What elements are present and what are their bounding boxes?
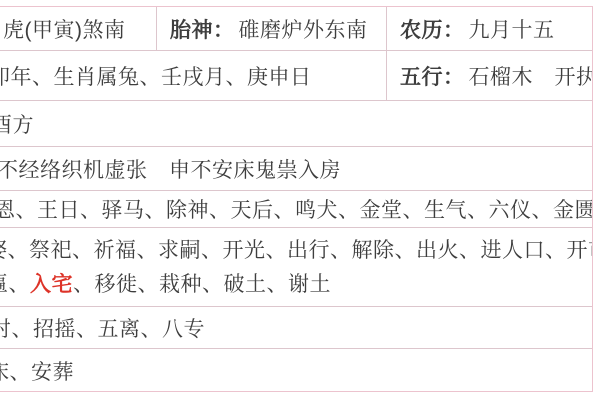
- nongli-value: 九月十五: [469, 14, 555, 44]
- wuxing-cell: 五行： 石榴木 开执位: [386, 51, 592, 100]
- ganzhi-cell: 卯年、生肖属兔、壬戌月、庚申日: [0, 51, 386, 100]
- row-auspicious-gods: 恩、王日、驿马、除神、天后、鸣犬、金堂、生气、六仪、金匮: [0, 191, 592, 228]
- nongli-label: 农历：: [400, 14, 465, 44]
- suitable-list-line1: 娶、祭祀、祈福、求嗣、开光、出行、解除、出火、进人口、开市: [0, 234, 592, 268]
- row-suitable-activities: 娶、祭祀、祈福、求嗣、开光、出行、解除、出火、进人口、开市 匾、入宅、移徙、栽种…: [0, 228, 592, 307]
- wuxing-value: 石榴木 开执位: [469, 61, 593, 91]
- almanac-table: 虎(甲寅)煞南 胎神： 碓磨炉外东南 农历： 九月十五 卯年、生肖属兔、壬戌月、…: [0, 6, 593, 392]
- yi-highlight-ruzhai: 入宅: [30, 273, 73, 296]
- row-direction: 酉方: [0, 101, 592, 147]
- wuxing-label: 五行：: [400, 61, 465, 91]
- row-avoid-activities: 床、安葬: [0, 349, 592, 393]
- yi-line1-text: 娶、祭祀、祈福、求嗣、开光、出行、解除、出火、进人口、开市: [0, 239, 592, 262]
- direction-text: 酉方: [0, 109, 34, 139]
- xiongshen-text: 对、招摇、五离、八专: [0, 313, 205, 343]
- row-pengzu-taboo: 不经络织机虚张 申不安床鬼祟入房: [0, 147, 592, 191]
- yi-line2-prefix: 匾、: [0, 273, 30, 296]
- chongsha-text: 虎(甲寅)煞南: [3, 14, 126, 44]
- taishen-value: 碓磨炉外东南: [239, 14, 368, 44]
- row-chongsha-taishen-nongli: 虎(甲寅)煞南 胎神： 碓磨炉外东南 农历： 九月十五: [0, 7, 592, 51]
- ganzhi-text: 卯年、生肖属兔、壬戌月、庚申日: [0, 61, 312, 91]
- row-ganzhi-wuxing: 卯年、生肖属兔、壬戌月、庚申日 五行： 石榴木 开执位: [0, 51, 592, 101]
- taishen-cell: 胎神： 碓磨炉外东南: [156, 7, 386, 50]
- row-inauspicious-gods: 对、招摇、五离、八专: [0, 307, 592, 349]
- yi-line2-rest: 、移徙、栽种、破土、谢土: [73, 273, 331, 296]
- taishen-label: 胎神：: [170, 14, 235, 44]
- ji-text: 床、安葬: [0, 356, 74, 386]
- jishen-text: 恩、王日、驿马、除神、天后、鸣犬、金堂、生气、六仪、金匮: [0, 194, 592, 224]
- nongli-cell: 农历： 九月十五: [386, 7, 592, 50]
- pengzu-text: 不经络织机虚张 申不安床鬼祟入房: [0, 154, 341, 184]
- suitable-list-line2: 匾、入宅、移徙、栽种、破土、谢土: [0, 268, 592, 302]
- chongsha-cell: 虎(甲寅)煞南: [0, 7, 156, 50]
- almanac-page: 虎(甲寅)煞南 胎神： 碓磨炉外东南 农历： 九月十五 卯年、生肖属兔、壬戌月、…: [0, 0, 600, 400]
